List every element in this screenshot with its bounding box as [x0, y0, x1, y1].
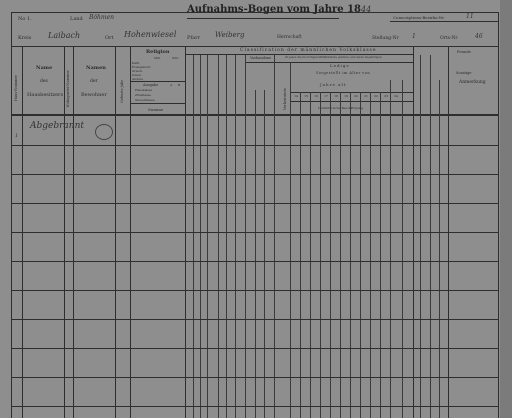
- summe-label: Summe: [148, 107, 163, 112]
- ausgabe-col-a: A: [170, 83, 172, 87]
- thin-col: [274, 55, 275, 418]
- thin-col: [320, 92, 321, 418]
- thin-col: [380, 92, 381, 418]
- name-des: des: [40, 79, 48, 84]
- age-columns-row: 14 15 16 17 18 19 20 21 22 23 24: [291, 94, 401, 98]
- thin-col: [439, 80, 440, 418]
- thin-col: [200, 55, 201, 418]
- thin-col: [420, 55, 421, 418]
- title-underline: [187, 18, 339, 19]
- namen-header: Namen: [86, 65, 106, 71]
- entry-owner-name: Abgebrannt: [30, 121, 84, 131]
- anmerkung-label: Anmerkung: [459, 80, 486, 85]
- thin-col: [207, 55, 208, 418]
- zu-jener-underline: [245, 62, 413, 63]
- thin-col: [300, 92, 301, 418]
- conscriptions-label: Conscriptions-Bezirks-Nr: [393, 15, 444, 20]
- land-value: Böhmen: [89, 14, 114, 21]
- geburtsjahr-header: Geburts-Jahr: [120, 80, 124, 103]
- year-value: 44: [361, 5, 371, 14]
- ausgabe-divider: [130, 103, 185, 104]
- ausgabe-col-b: B: [178, 83, 180, 87]
- thin-col: [264, 90, 265, 418]
- ausgabe-row: Steuerklasse: [135, 98, 155, 102]
- age-col: 24: [391, 94, 401, 98]
- thin-col: [350, 92, 351, 418]
- hausbesitzers-header: Hausbesitzers: [27, 92, 63, 98]
- thin-col: [235, 55, 236, 418]
- thin-col: [290, 62, 291, 418]
- row-line: [11, 232, 499, 233]
- thin-col: [245, 55, 246, 418]
- ausgabe-row: Zinsklasse: [135, 93, 151, 97]
- classification-title: Classification der männlichen Volksklass…: [240, 48, 377, 53]
- row-line: [11, 261, 499, 262]
- name-header: Name: [36, 65, 52, 71]
- row-line: [11, 290, 499, 291]
- number-label: No 1.: [18, 16, 32, 22]
- frame-right: [498, 12, 499, 418]
- thin-col: [402, 80, 403, 418]
- conscriptions-underline: [390, 21, 498, 22]
- age-header-line: [290, 92, 413, 93]
- row-line: [11, 319, 499, 320]
- zu-jener-label: Zu jener, die im dortigen Militärdienste…: [285, 56, 382, 59]
- ledige-title: Ledige: [330, 63, 350, 68]
- row-line: [11, 348, 499, 349]
- row-line: [11, 203, 499, 204]
- thin-col: [340, 92, 341, 418]
- unter-alter-label: Vorgestellt im Alter von: [316, 71, 370, 75]
- ort-label: Ort: [105, 35, 114, 41]
- bewohner-header: Bewohner: [81, 92, 107, 98]
- vorhandene-label: Vorhandene: [250, 56, 271, 60]
- religion-table: Mnl. Wbl. Kath. Evangelisch Griech. Isra…: [132, 56, 184, 81]
- sonstige-label: Sonstige: [456, 71, 471, 75]
- row-line: [11, 377, 499, 378]
- header-bottom-line: [11, 46, 499, 47]
- religion-col-mnl: Mnl.: [154, 56, 161, 60]
- pfarr-label: Pfarr: [187, 35, 200, 41]
- thin-col: [390, 80, 391, 418]
- thin-col: [226, 55, 227, 418]
- thin-col: [370, 92, 371, 418]
- thin-col: [310, 92, 311, 418]
- stellung-label: Stellung-Nr: [372, 36, 399, 41]
- orts-label: Orts-Nr: [440, 36, 458, 41]
- form-title: Aufnahms-Bogen vom Jahre 1844: [187, 4, 371, 15]
- frame-left: [11, 12, 12, 418]
- ink-loop-mark: [95, 124, 113, 140]
- herrschaft-label: Herrschaft: [277, 35, 302, 40]
- religion-col-wbl: Wbl.: [172, 56, 179, 60]
- entry-row-number: 1: [15, 133, 18, 139]
- census-form-sheet: No 1. Land Böhmen Aufnahms-Bogen vom Jah…: [0, 0, 500, 418]
- pfarr-value: Weiberg: [215, 31, 244, 39]
- stellung-value: 1: [412, 33, 416, 40]
- jahre-alt-label: Jahre alt: [320, 82, 346, 87]
- orts-value: 46: [475, 33, 483, 40]
- row-line: [11, 406, 499, 407]
- kreis-label: Kreis: [18, 35, 31, 41]
- thin-col: [255, 90, 256, 418]
- age-cols-line: [290, 101, 413, 102]
- thin-col: [360, 92, 361, 418]
- wohnpartei-header: Wohnpartei-Nummer: [66, 70, 70, 107]
- thin-col: [193, 55, 194, 418]
- thin-col: [218, 55, 219, 418]
- verheiratete-sub: Verheiratete: [283, 88, 287, 110]
- kreis-value: Laibach: [48, 31, 80, 40]
- land-label: Land: [70, 16, 83, 22]
- ausgabe-row: Hausklasse: [135, 88, 152, 92]
- row-line: [11, 145, 499, 146]
- classification-underline: [185, 54, 413, 55]
- fremde-label: Fremde: [457, 50, 471, 54]
- religion-divider: [130, 81, 185, 82]
- thin-col: [430, 55, 431, 418]
- namen-der: der: [90, 79, 98, 84]
- row-line: [11, 174, 499, 175]
- ausgabe-title: Ausgabe: [143, 83, 158, 87]
- page-edge: [500, 0, 512, 418]
- religion-title: Religion: [146, 49, 170, 55]
- ort-value: Hohenwiesel: [124, 30, 176, 39]
- hausnummer-header: Haus-Nummer: [14, 75, 18, 101]
- conscriptions-value: 11: [466, 13, 474, 20]
- thin-col: [330, 92, 331, 418]
